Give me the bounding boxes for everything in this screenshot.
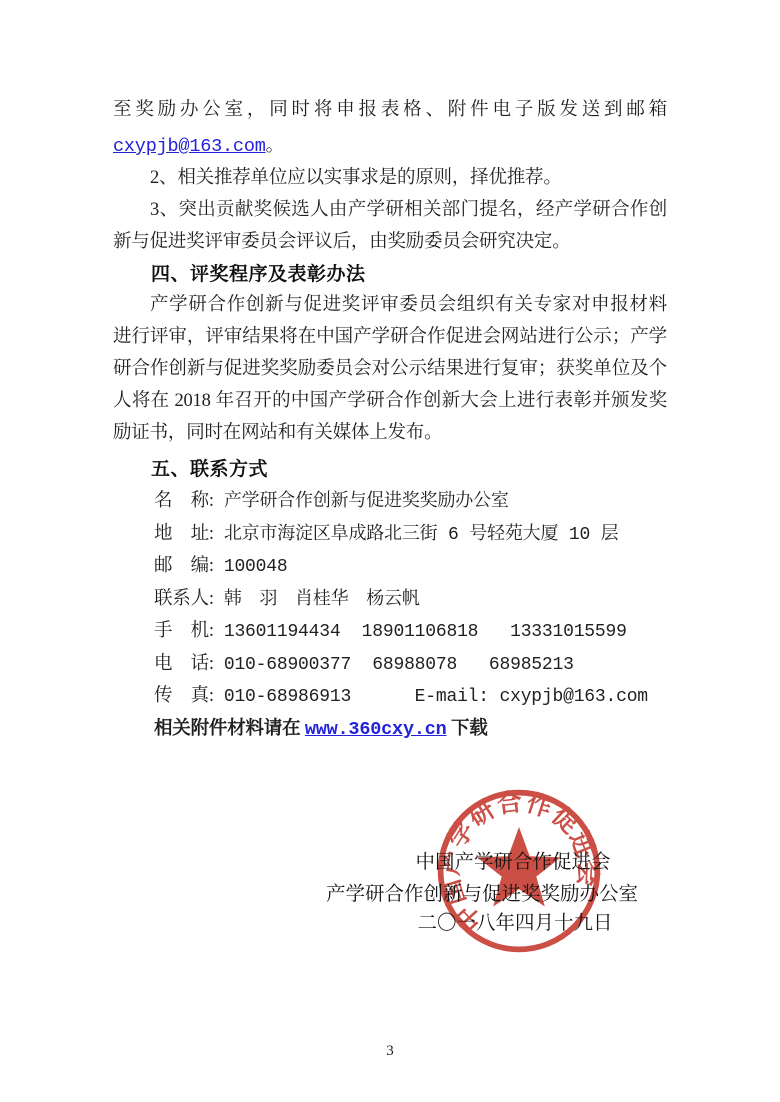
signature-date: 二〇一八年四月十九日 — [417, 907, 612, 935]
contact-label: 联系人: — [154, 585, 214, 613]
section-heading-5: 五、联系方式 — [113, 456, 705, 484]
download-site-link[interactable]: www.360cxy.cn — [305, 719, 447, 740]
section4-line: 产学研合作创新与促进奖评审委员会组织有关专家对申报材料 — [113, 291, 667, 319]
contact-label: 邮 编: — [154, 552, 214, 580]
attachment-prefix: 相关附件材料请在 — [154, 719, 305, 739]
contact-value: 010-68900377 68988078 68985213 — [214, 651, 574, 679]
document-page: 至奖励办公室，同时将申报表格、附件电子版发送到邮箱 cxypjb@163.com… — [0, 0, 780, 1102]
page-number: 3 — [113, 1043, 667, 1060]
contact-label: 手 机: — [154, 617, 214, 645]
list-item-2: 2、相关推荐单位应以实事求是的原则，择优推荐。 — [113, 164, 667, 192]
email-link[interactable]: cxypjb@163.com — [113, 136, 266, 157]
signature-organization: 中国产学研合作促进会 — [415, 846, 610, 874]
contact-label: 传 真: — [154, 682, 214, 710]
section4-line: 人将在 2018 年召开的中国产学研合作创新大会上进行表彰并颁发奖 — [113, 387, 667, 415]
contact-value: 产学研合作创新与促进奖奖励办公室 — [214, 488, 509, 516]
section-heading-4: 四、评奖程序及表彰办法 — [113, 261, 705, 289]
section4-line: 进行评审，评审结果将在中国产学研合作促进会网站进行公示；产学 — [113, 323, 667, 351]
contact-label: 地 址: — [154, 520, 214, 548]
attachment-note: 相关附件材料请在 www.360cxy.cn 下载 — [113, 715, 708, 743]
signature-office: 产学研合作创新与促进奖奖励办公室 — [326, 878, 638, 906]
section4-line: 研合作创新与促进奖奖励委员会对公示结果进行复审；获奖单位及个 — [113, 355, 667, 383]
contact-value: 13601194434 18901106818 13331015599 — [214, 618, 627, 646]
contact-row-address: 地 址:北京市海淀区阜成路北三街 6 号轻苑大厦 10 层 — [113, 520, 708, 548]
contact-row-mobile: 手 机:13601194434 18901106818 13331015599 — [113, 617, 708, 645]
attachment-suffix: 下载 — [447, 719, 488, 739]
contact-value: 100048 — [214, 553, 288, 581]
paragraph-line: cxypjb@163.com。 — [113, 132, 667, 160]
contact-label: 电 话: — [154, 650, 214, 678]
sentence-period: 。 — [266, 136, 284, 156]
list-item-3-line1: 3、突出贡献奖候选人由产学研相关部门提名，经产学研合作创 — [113, 196, 667, 224]
contact-value: 韩 羽 肖桂华 杨云帆 — [214, 586, 420, 614]
contact-value: 010-68986913 E-mail: cxypjb@163.com — [214, 683, 648, 711]
contact-row-phone: 电 话:010-68900377 68988078 68985213 — [113, 650, 708, 678]
contact-row-fax-email: 传 真:010-68986913 E-mail: cxypjb@163.com — [113, 682, 708, 710]
contact-row-name: 名 称:产学研合作创新与促进奖奖励办公室 — [113, 487, 708, 515]
contact-label: 名 称: — [154, 487, 214, 515]
paragraph-line: 至奖励办公室，同时将申报表格、附件电子版发送到邮箱 — [113, 96, 667, 124]
list-item-3-line2: 新与促进奖评审委员会评议后，由奖励委员会研究决定。 — [113, 228, 667, 256]
contact-row-zipcode: 邮 编:100048 — [113, 552, 708, 580]
section4-line: 励证书，同时在网站和有关媒体上发布。 — [113, 419, 667, 447]
contact-row-contacts: 联系人:韩 羽 肖桂华 杨云帆 — [113, 585, 708, 613]
contact-value: 北京市海淀区阜成路北三街 6 号轻苑大厦 10 层 — [214, 521, 619, 549]
